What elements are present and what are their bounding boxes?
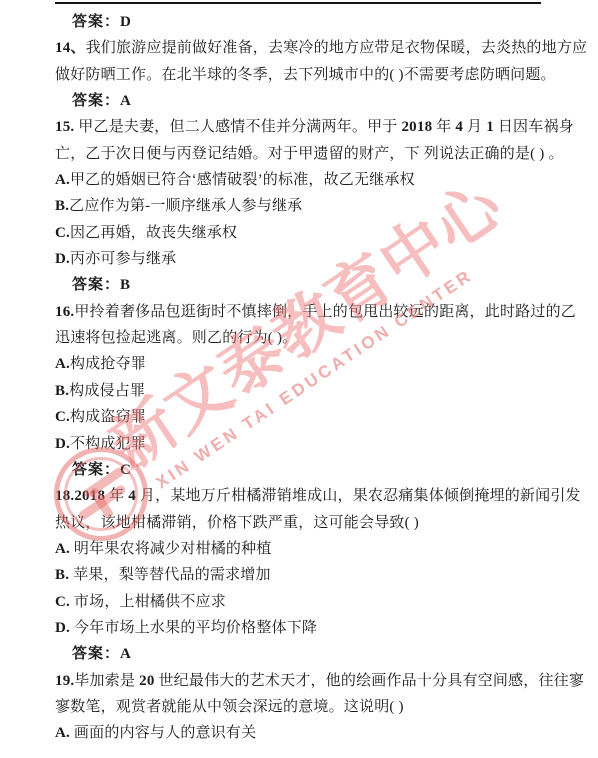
- line-prefix: D.: [55, 251, 70, 267]
- line-prefix: C.: [55, 594, 70, 610]
- question-line: 寥数笔，观赏者就能从中领会深远的意境。这说明( ): [55, 694, 575, 720]
- line-prefix: C.: [55, 409, 70, 425]
- line-prefix: B.: [55, 198, 69, 214]
- option-line: D.不构成犯罪: [55, 431, 575, 457]
- option-line: B.乙应作为第-一顺序继承人参与继承: [55, 193, 575, 219]
- line-prefix: A.: [55, 541, 70, 557]
- line-prefix: 答案：: [72, 461, 120, 478]
- line-prefix: A.: [55, 356, 70, 372]
- line-prefix: 16.: [55, 304, 74, 320]
- line-prefix: 答案：: [72, 13, 120, 30]
- bold-number: 4: [128, 488, 136, 504]
- exam-document-page: 答案：D14、我们旅游应提前做好准备，去寒冷的地方应带足衣物保暖，去炎热的地方应…: [0, 0, 598, 758]
- option-line: D.丙亦可参与继承: [55, 246, 575, 272]
- line-prefix: B.: [55, 383, 69, 399]
- question-line: 迅速将包捡起逃离。则乙的行为( )。: [55, 325, 575, 351]
- option-line: A. 画面的内容与人的意识有关: [55, 720, 575, 746]
- answer-line: 答案：D: [55, 9, 575, 35]
- line-prefix: 答案：: [72, 645, 120, 662]
- line-prefix: A.: [55, 725, 70, 741]
- line-prefix: 答案：: [72, 276, 120, 293]
- option-line: A.甲乙的婚姻已符合‘感情破裂’的标准，故乙无继承权: [55, 167, 575, 193]
- question-line: 15. 甲乙是夫妻，但二人感情不佳并分满两年。甲于 2018 年 4 月 1 日…: [55, 114, 575, 140]
- line-prefix: B.: [55, 567, 69, 583]
- question-line: 做好防晒工作。在北半球的冬季，去下列城市中的( )不需要考虑防晒问题。: [55, 62, 575, 88]
- question-line: 热议，该地柑橘滞销，价格下跌严重，这可能会导致( ): [55, 510, 575, 536]
- option-line: C.因乙再婚，故丧失继承权: [55, 220, 575, 246]
- line-prefix: 答案：: [72, 92, 120, 109]
- line-prefix: D.: [55, 436, 70, 452]
- top-rule-line: [55, 2, 541, 4]
- bold-number: 1: [486, 119, 494, 135]
- line-prefix: D.: [55, 620, 70, 636]
- line-prefix: C.: [55, 225, 70, 241]
- option-line: A.构成抢夺罪: [55, 351, 575, 377]
- line-prefix: A.: [55, 172, 70, 188]
- option-line: B. 苹果，梨等替代品的需求增加: [55, 562, 575, 588]
- line-prefix: 14、: [55, 40, 86, 56]
- bold-number: 2018: [74, 488, 105, 504]
- option-line: B.构成侵占罪: [55, 378, 575, 404]
- question-line: 14、我们旅游应提前做好准备，去寒冷的地方应带足衣物保暖，去炎热的地方应: [55, 35, 575, 61]
- bold-number: 4: [455, 119, 463, 135]
- answer-line: 答案：B: [55, 272, 575, 298]
- answer-line: 答案：C: [55, 457, 575, 483]
- answer-line: 答案：A: [55, 641, 575, 667]
- bold-number: 20: [139, 673, 154, 689]
- line-prefix: 18.: [55, 488, 74, 504]
- question-line: 16.甲拎着奢侈品包逛街时不慎摔倒，手上的包甩出较远的距离，此时路过的乙: [55, 299, 575, 325]
- option-line: C.构成盗窃罪: [55, 404, 575, 430]
- option-line: C. 市场，上柑橘供不应求: [55, 589, 575, 615]
- option-line: A. 明年果农将减少对柑橘的种植: [55, 536, 575, 562]
- question-line: 亡，乙于次日便与丙登记结婚。对于甲遗留的财产，下 列说法正确的是( ) 。: [55, 141, 575, 167]
- option-line: D. 今年市场上水果的平均价格整体下降: [55, 615, 575, 641]
- line-prefix: 19.: [55, 673, 74, 689]
- question-line: 19.毕加索是 20 世纪最伟大的艺术天才，他的绘画作品十分具有空间感，往往寥: [55, 668, 575, 694]
- answer-line: 答案：A: [55, 88, 575, 114]
- line-prefix: 15.: [55, 119, 74, 135]
- bold-number: 2018: [401, 119, 432, 135]
- question-line: 18.2018 年 4 月，某地万斤柑橘滞销堆成山，果农忍痛集体倾倒掩埋的新闻引…: [55, 483, 575, 509]
- document-lines: 答案：D14、我们旅游应提前做好准备，去寒冷的地方应带足衣物保暖，去炎热的地方应…: [55, 9, 575, 747]
